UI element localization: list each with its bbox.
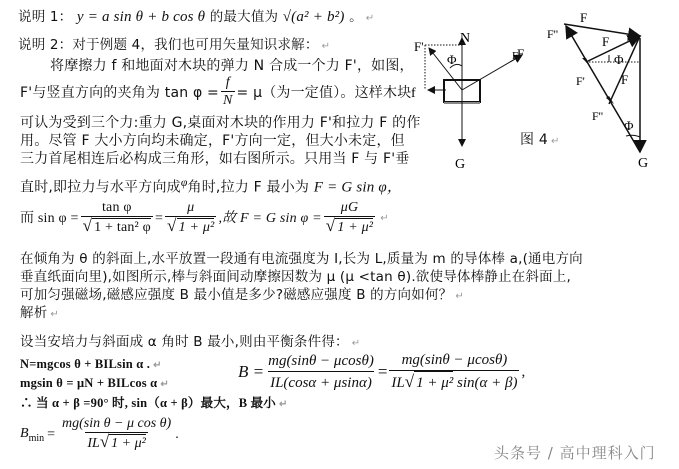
analysis-label: 解析↵ xyxy=(20,304,59,324)
return-mark: ↵ xyxy=(366,13,375,24)
note-1-text: 的最大值为 xyxy=(210,9,279,25)
fraction-B-1: mg(sinθ − μcosθ) IL(cosα + μsinα) xyxy=(266,351,376,394)
note-1-end: 。 xyxy=(349,9,363,25)
label-phi-2: Φ xyxy=(624,118,634,133)
solution-eq-1: N=mgcos θ + BILsin α .↵ xyxy=(20,355,162,375)
label-F-double-prime-bot: F'' xyxy=(592,109,603,123)
label-F-mid: F xyxy=(602,34,609,49)
problem-line-1: 在倾角为 θ 的斜面上,水平放置一段通有电流强度为 I,长为 L,质量为 m 的… xyxy=(20,250,583,268)
watermark: 头条号 / 高中理科入门 xyxy=(494,442,656,463)
label-G: G xyxy=(455,157,465,172)
phi-symbol: φ xyxy=(181,176,188,189)
label-F-top: F xyxy=(580,10,587,25)
para-line-4: 用。尽管 F 大小方向均未确定，F'方向一定，但大小未定，但 xyxy=(20,132,405,150)
para-line-2: F'与竖直方向的夹角为 tan φ = f N = μ（为一定值）。这样木块 xyxy=(20,75,411,110)
note-2: 说明 2：对于例题 4，我们也可用矢量知识求解：↵ xyxy=(18,36,330,56)
note-1-label: 说明 1： xyxy=(18,9,72,25)
equation-B-min: Bmin = mg(sin θ − μ cos θ) IL√1 + μ² . xyxy=(20,416,179,453)
problem-line-3: 可加匀强磁场,磁感应强度 B 最小值是多少?磁感应强度 B 的方向如何？↵ xyxy=(20,286,464,306)
formula-F-min: F = G sin φ， xyxy=(314,180,402,196)
label-G: G xyxy=(638,156,648,171)
note-1-formula: y = a sin θ + b cos θ xyxy=(77,9,205,25)
label-F-stray: F xyxy=(512,50,518,62)
para-line-5: 三力首尾相连后必构成三角形，如右图所示。只用当 F 与 F'垂 xyxy=(20,150,410,168)
return-mark: ↵ xyxy=(322,41,331,52)
fraction-tan: tan φ √1 + tan² φ xyxy=(81,200,153,237)
solution-eq-2: mgsin θ = μN + BILcos α↵ xyxy=(20,374,169,394)
equation-B: B = mg(sinθ − μcosθ) IL(cosα + μsinα) = … xyxy=(238,350,525,394)
problem-line-2: 垂直纸面向里),如图所示,棒与斜面间动摩擦因数为 μ (μ <tan θ).欲使… xyxy=(20,268,571,286)
label-F-diag: F xyxy=(621,72,628,87)
note-2-text: 对于例题 4，我们也可用矢量知识求解： xyxy=(72,37,318,53)
label-N: N xyxy=(460,31,470,46)
para-line-2-post: = μ（为一定值）。这样木块 xyxy=(237,84,412,102)
label-F-prime: F' xyxy=(576,74,585,88)
para-line-3: 可认为受到三个力:重力 G,桌面对木块的作用力 F'和拉力 F 的作 xyxy=(20,114,421,132)
force-triangle-diagram: F F'' F Φ F' F F'' Φ G F xyxy=(510,0,679,180)
para-line-7: 而 sin φ = tan φ √1 + tan² φ = μ √1 + μ² … xyxy=(20,200,389,237)
note-1: 说明 1： y = a sin θ + b cos θ 的最大值为 √(a² +… xyxy=(18,8,374,28)
fraction-B-min: mg(sin θ − μ cos θ) IL√1 + μ² xyxy=(60,416,173,453)
fraction-f-over-n: f N xyxy=(221,75,235,110)
label-phi-1: Φ xyxy=(614,52,624,67)
fraction-mu: μ √1 + μ² xyxy=(165,200,216,237)
para-line-1: 将摩擦力 f 和地面对木块的弹力 N 合成一个力 F'，如图， xyxy=(50,57,414,75)
solution-eq-3: ∴ 当 α + β =90° 时, sin（α + β）最大，B 最小↵ xyxy=(20,394,288,414)
label-phi: Φ xyxy=(447,52,457,67)
label-F-prime: F' xyxy=(414,39,424,54)
fraction-B-2: mg(sinθ − μcosθ) IL√1 + μ² sin(α + β) xyxy=(389,350,519,394)
para-line-2-pre: F'与竖直方向的夹角为 tan φ = xyxy=(20,84,219,102)
note-2-label: 说明 2： xyxy=(18,37,72,53)
para-line-6: 直时,即拉力与水平方向成φ角时,拉力 F 最小为 F = G sin φ， xyxy=(20,174,402,197)
note-1-result: √(a² + b²) xyxy=(283,9,345,25)
label-f: f xyxy=(411,86,416,101)
fraction-mu-g: μG √1 + μ² xyxy=(324,200,375,237)
label-F-double-prime-top: F'' xyxy=(547,27,558,41)
